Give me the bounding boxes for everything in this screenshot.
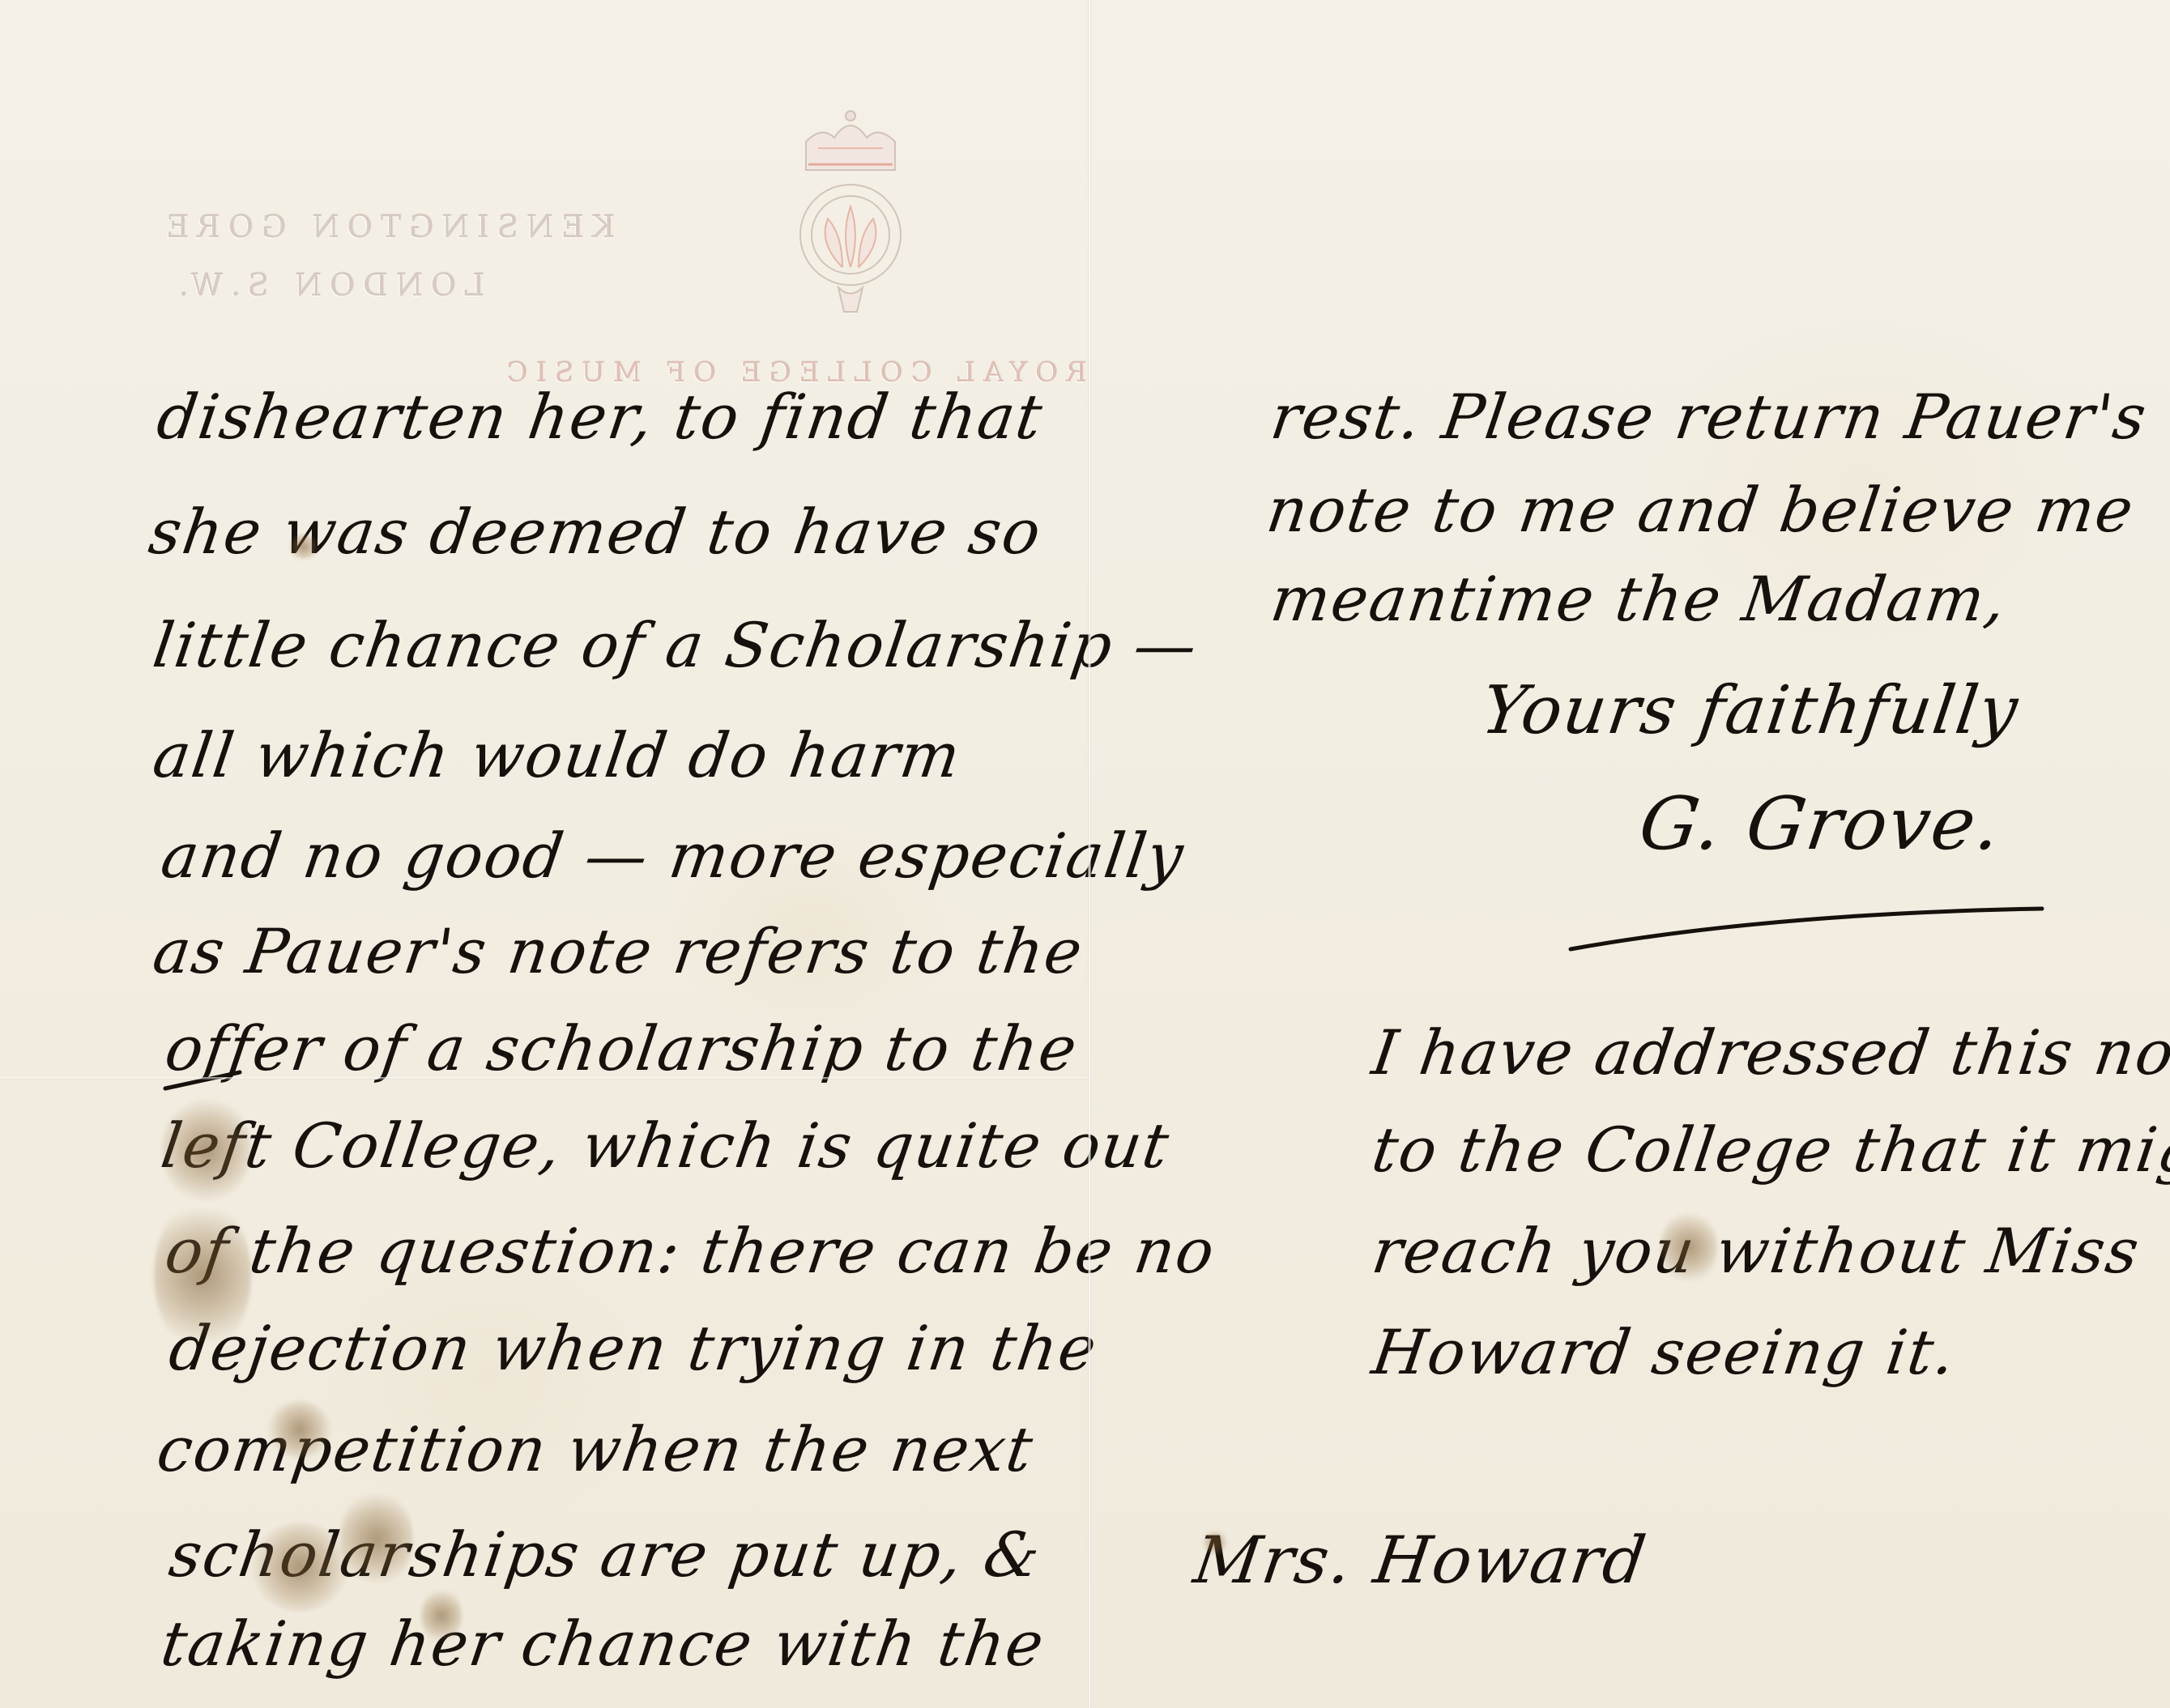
letter-line: note to me and believe me	[1263, 474, 2139, 546]
ink-stain	[1661, 1211, 1717, 1284]
letter-sheet: KENSINGTON GORE LONDON S.W. ROYAL COLLEG…	[0, 0, 2170, 1708]
letter-line: dejection when trying in the	[165, 1312, 1102, 1384]
letterhead-address-line-1: KENSINGTON GORE	[158, 209, 615, 245]
signature: G. Grove.	[1635, 782, 2007, 867]
letter-line: of the question: there can be no	[161, 1215, 1220, 1287]
underline-mark-icon	[162, 1069, 243, 1093]
letter-line: little chance of a Scholarship —	[149, 609, 1203, 681]
letterhead-address-line-2: LONDON S.W.	[170, 267, 484, 303]
ink-stain	[1203, 1531, 1227, 1555]
ink-stain	[288, 535, 320, 559]
closing-line: Yours faithfully	[1477, 672, 2023, 749]
letter-line: rest. Please return Pauer's	[1267, 381, 2152, 453]
ink-stain	[340, 1490, 413, 1587]
ink-stain	[154, 1199, 251, 1352]
letter-line: all which would do harm	[149, 719, 966, 791]
letter-line: she was deemed to have so	[145, 496, 1047, 568]
letter-line: left College, which is quite out	[157, 1110, 1175, 1182]
right-page: rest. Please return Pauer's note to me a…	[1089, 0, 2170, 1708]
postscript-line: I have addressed this note	[1368, 1016, 2170, 1088]
postscript-line: to the College that it might	[1368, 1114, 2170, 1186]
left-page: KENSINGTON GORE LONDON S.W. ROYAL COLLEG…	[0, 0, 1089, 1708]
ink-stain	[421, 1587, 462, 1644]
ink-stain	[267, 1401, 332, 1458]
letter-line: as Pauer's note refers to the	[149, 915, 1089, 987]
ink-stain	[251, 1523, 348, 1612]
ink-stain	[162, 1097, 251, 1203]
letter-line: and no good — more especially	[157, 820, 1189, 892]
postscript-line: reach you without Miss	[1368, 1215, 2145, 1287]
paper-fold-horizontal	[0, 1077, 1089, 1080]
prince-of-wales-crest-icon	[761, 93, 940, 336]
letter-line: offer of a scholarship to the	[161, 1012, 1083, 1084]
letter-line: meantime the Madam,	[1267, 563, 2012, 635]
postscript-line: Howard seeing it.	[1368, 1316, 1961, 1388]
letter-line: taking her chance with the	[157, 1608, 1050, 1680]
addressee: Mrs. Howard	[1189, 1523, 1652, 1598]
signature-flourish-icon	[1567, 905, 2045, 954]
letter-line: dishearten her, to find that	[153, 381, 1048, 453]
